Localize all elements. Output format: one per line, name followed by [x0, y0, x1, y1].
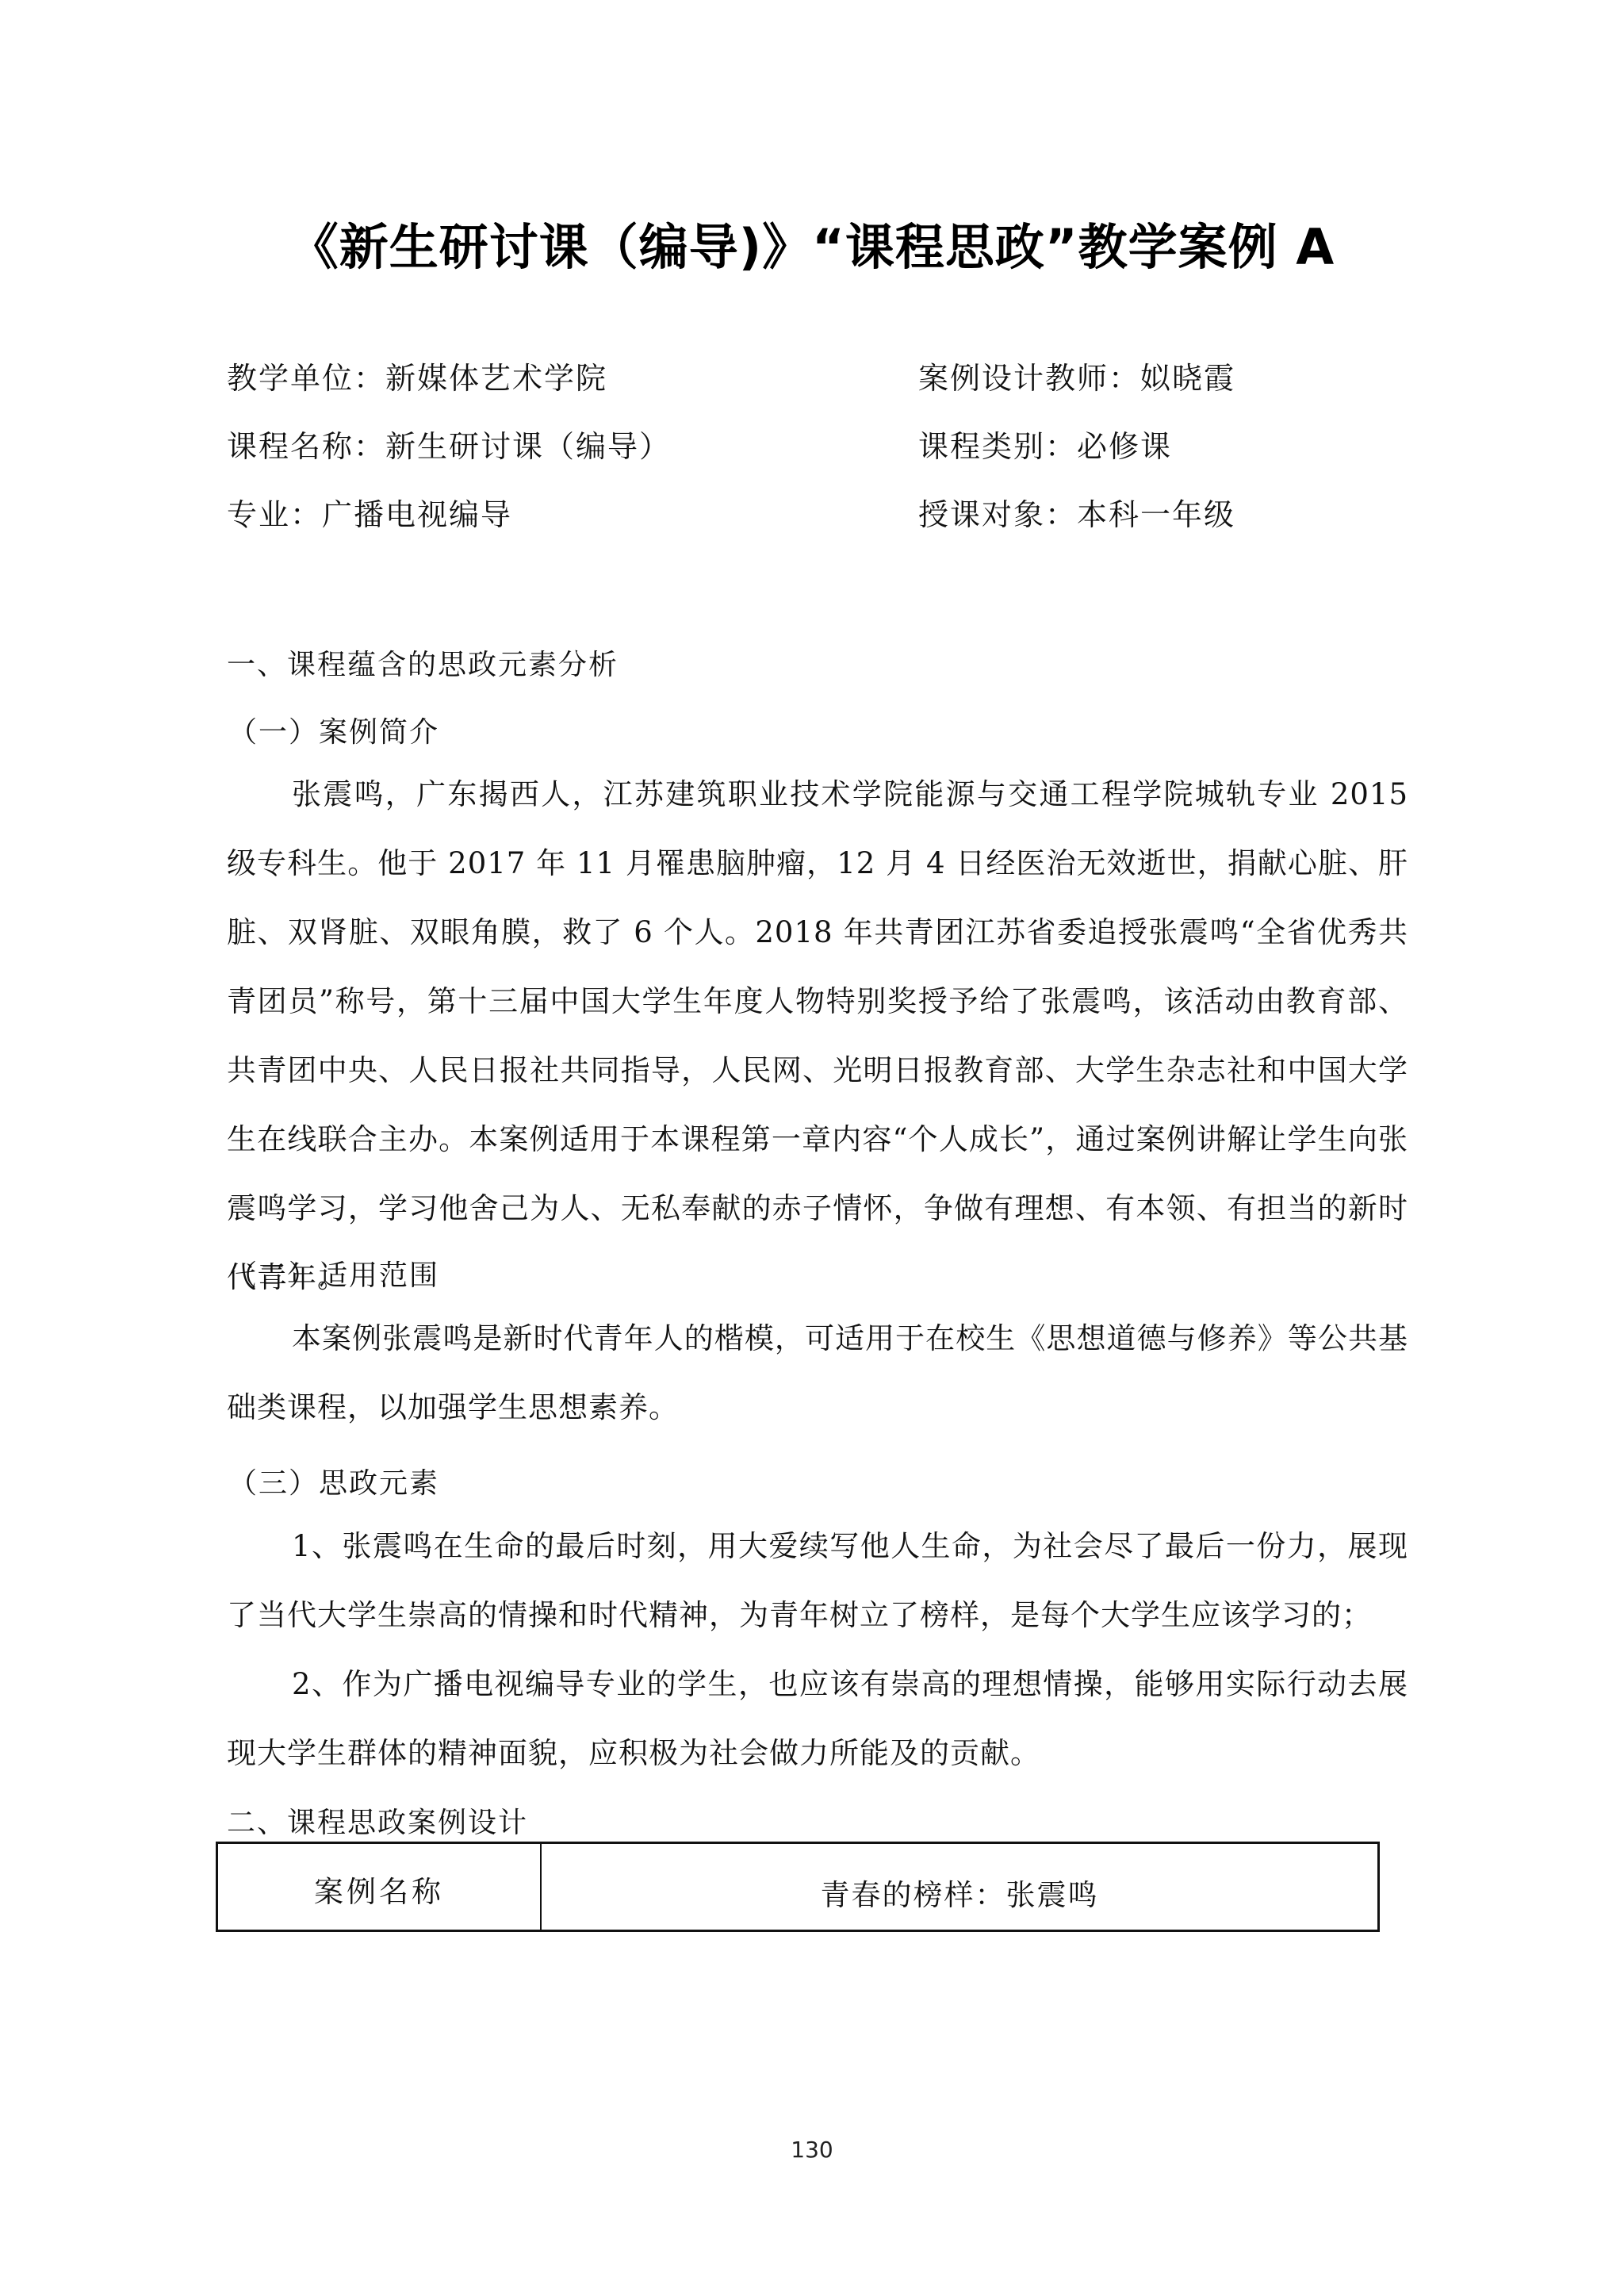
meta-label: 专业： [227, 497, 322, 532]
page-number: 130 [0, 2137, 1624, 2163]
meta-value: 广播电视编导 [322, 497, 512, 532]
meta-major: 专业：广播电视编导 [227, 490, 512, 534]
meta-course-type: 课程类别：必修课 [918, 422, 1172, 466]
paragraph-case-intro: 张震鸣，广东揭西人，江苏建筑职业技术学院能源与交通工程学院城轨专业 2015 级… [227, 760, 1408, 1312]
section-heading-2: 二、课程思政案例设计 [227, 1800, 528, 1841]
list-item-element-2: 2、作为广播电视编导专业的学生，也应该有崇高的理想情操，能够用实际行动去展现大学… [227, 1650, 1408, 1788]
meta-label: 教学单位： [227, 361, 385, 396]
meta-label: 课程类别： [918, 429, 1077, 464]
subsection-heading-scope: （二）适用范围 [228, 1253, 439, 1294]
meta-case-designer: 案例设计教师：姒晓霞 [918, 354, 1235, 397]
subsection-heading-elements: （三）思政元素 [228, 1461, 439, 1501]
meta-label: 课程名称： [227, 429, 385, 464]
meta-value: 必修课 [1077, 429, 1172, 464]
subsection-heading-case-intro: （一）案例简介 [228, 710, 439, 750]
case-design-table: 案例名称 青春的榜样：张震鸣 [216, 1842, 1380, 1932]
meta-teaching-unit: 教学单位：新媒体艺术学院 [227, 354, 607, 397]
meta-value: 本科一年级 [1077, 497, 1235, 532]
paragraph-scope: 本案例张震鸣是新时代青年人的楷模，可适用于在校生《思想道德与修养》等公共基础类课… [227, 1304, 1408, 1442]
meta-value: 新媒体艺术学院 [385, 361, 607, 396]
meta-audience: 授课对象：本科一年级 [918, 490, 1235, 534]
document-page: 《新生研讨课（编导)》“课程思政”教学案例 A 教学单位：新媒体艺术学院 案例设… [0, 0, 1624, 2296]
meta-value: 姒晓霞 [1140, 361, 1235, 396]
meta-label: 授课对象： [918, 497, 1077, 532]
meta-label: 案例设计教师： [918, 361, 1140, 396]
document-title: 《新生研讨课（编导)》“课程思政”教学案例 A [0, 208, 1624, 278]
meta-value: 新生研讨课（编导） [385, 429, 671, 464]
table-cell-value: 青春的榜样：张震鸣 [542, 1844, 1377, 1930]
meta-course-name: 课程名称：新生研讨课（编导） [227, 422, 671, 466]
list-item-element-1: 1、张震鸣在生命的最后时刻，用大爱续写他人生命，为社会尽了最后一份力，展现了当代… [227, 1512, 1408, 1650]
table-cell-label: 案例名称 [218, 1844, 542, 1930]
section-heading-1: 一、课程蕴含的思政元素分析 [227, 642, 619, 683]
